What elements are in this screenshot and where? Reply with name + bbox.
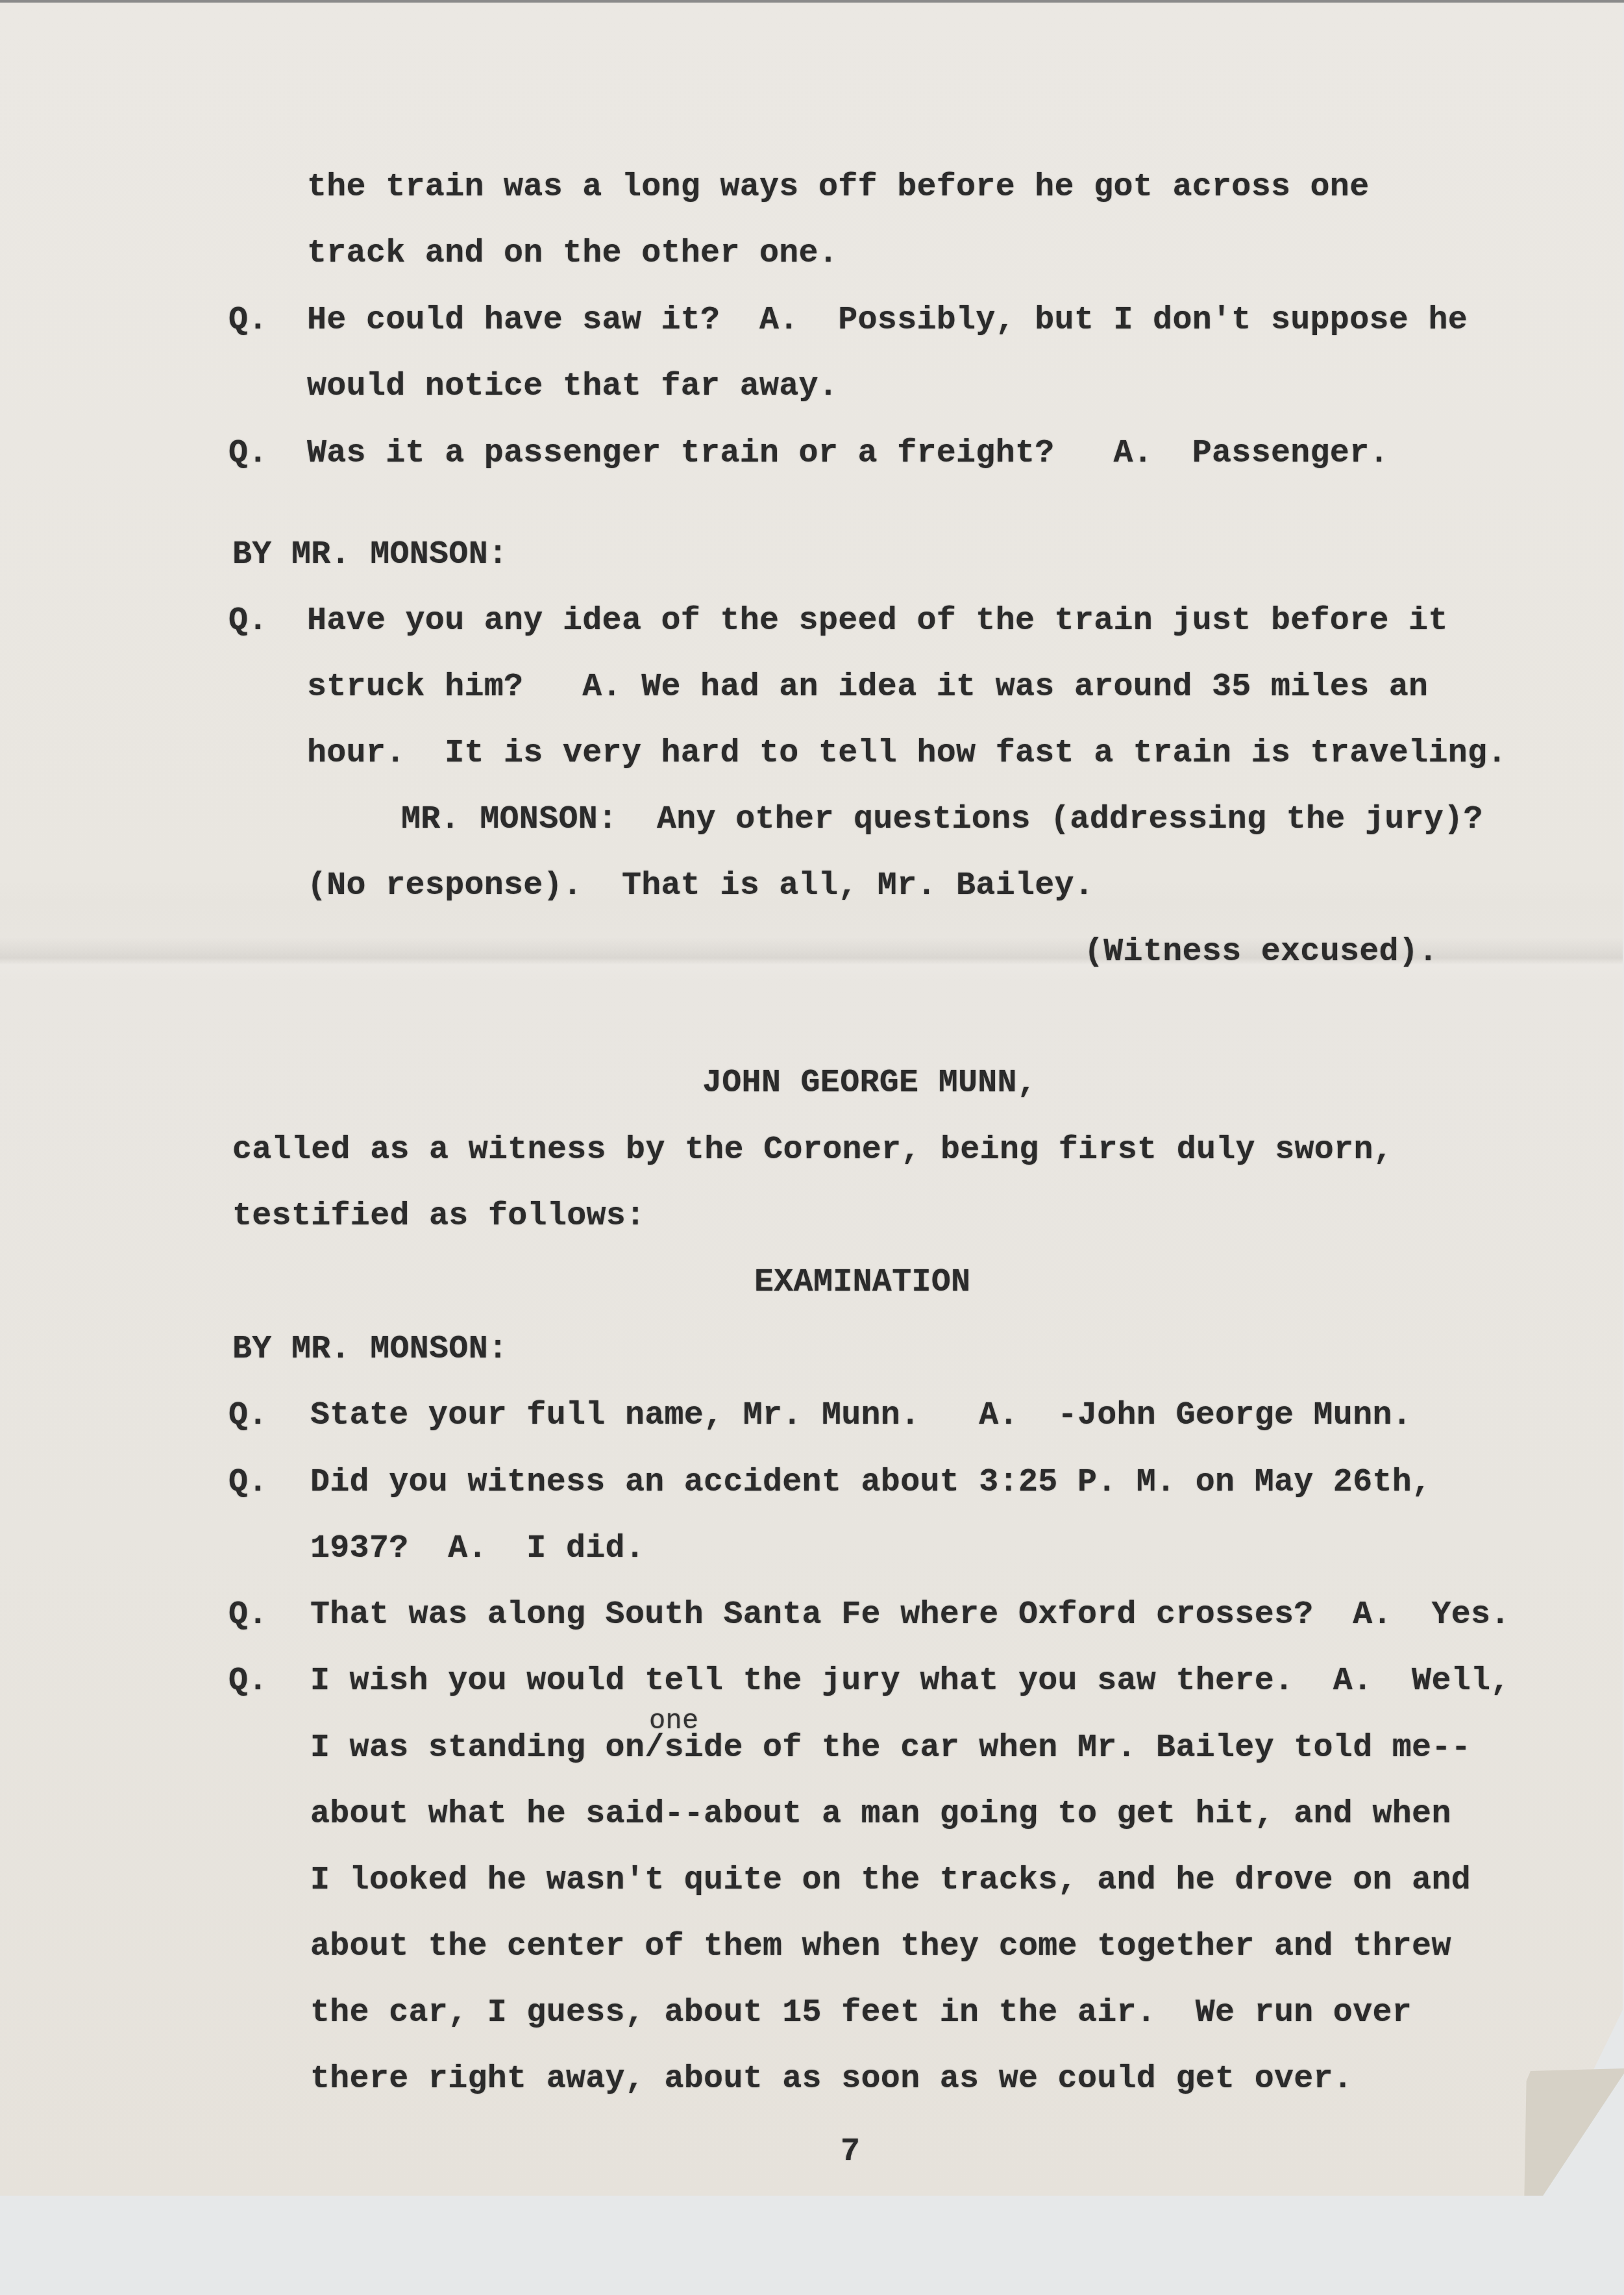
question-marker: Q. bbox=[228, 1400, 268, 1432]
examiner-heading: BY MR. MONSON: bbox=[232, 539, 508, 571]
folded-corner bbox=[1520, 2068, 1624, 2196]
body-line: 1937? A. I did. bbox=[310, 1533, 645, 1565]
question-line: That was along South Santa Fe where Oxfo… bbox=[310, 1599, 1510, 1631]
question-marker: Q. bbox=[228, 1599, 268, 1631]
question-marker: Q. bbox=[228, 438, 268, 470]
typewritten-page: the train was a long ways off before he … bbox=[0, 3, 1623, 2196]
question-line: He could have saw it? A. Possibly, but I… bbox=[307, 304, 1468, 337]
body-line: the train was a long ways off before he … bbox=[307, 171, 1369, 204]
question-marker: Q. bbox=[228, 1665, 268, 1698]
examination-heading: EXAMINATION bbox=[754, 1267, 970, 1299]
body-line: about what he said--about a man going to… bbox=[310, 1798, 1451, 1831]
page-number: 7 bbox=[841, 2136, 860, 2168]
body-line: the car, I guess, about 15 feet in the a… bbox=[310, 1997, 1412, 2029]
body-line: hour. It is very hard to tell how fast a… bbox=[307, 738, 1507, 770]
body-line: about the center of them when they come … bbox=[310, 1931, 1451, 1963]
body-line: there right away, about as soon as we co… bbox=[310, 2063, 1353, 2096]
body-line: (No response). That is all, Mr. Bailey. bbox=[307, 870, 1094, 902]
question-line: State your full name, Mr. Munn. A. -John… bbox=[310, 1400, 1412, 1432]
body-line: track and on the other one. bbox=[307, 238, 838, 270]
body-line: testified as follows: bbox=[232, 1200, 645, 1233]
body-line: struck him? A. We had an idea it was aro… bbox=[307, 671, 1428, 704]
body-line: called as a witness by the Coroner, bein… bbox=[232, 1134, 1393, 1167]
question-line: I wish you would tell the jury what you … bbox=[310, 1665, 1510, 1698]
question-line: Have you any idea of the speed of the tr… bbox=[307, 605, 1448, 638]
scan-top-edge bbox=[0, 0, 1624, 3]
witness-excused-note: (Witness excused). bbox=[1084, 936, 1438, 969]
question-line: Did you witness an accident about 3:25 P… bbox=[310, 1467, 1431, 1499]
body-line: I looked he wasn't quite on the tracks, … bbox=[310, 1865, 1471, 1897]
examiner-heading: BY MR. MONSON: bbox=[232, 1334, 508, 1366]
question-line: Was it a passenger train or a freight? A… bbox=[307, 438, 1389, 470]
question-marker: Q. bbox=[228, 304, 268, 337]
colloquy-line: MR. MONSON: Any other questions (address… bbox=[401, 804, 1483, 836]
question-marker: Q. bbox=[228, 1467, 268, 1499]
question-marker: Q. bbox=[228, 605, 268, 638]
witness-name-heading: JOHN GEORGE MUNN, bbox=[702, 1067, 1037, 1100]
body-line: would notice that far away. bbox=[307, 371, 838, 403]
body-line: I was standing on/side of the car when M… bbox=[310, 1732, 1471, 1765]
